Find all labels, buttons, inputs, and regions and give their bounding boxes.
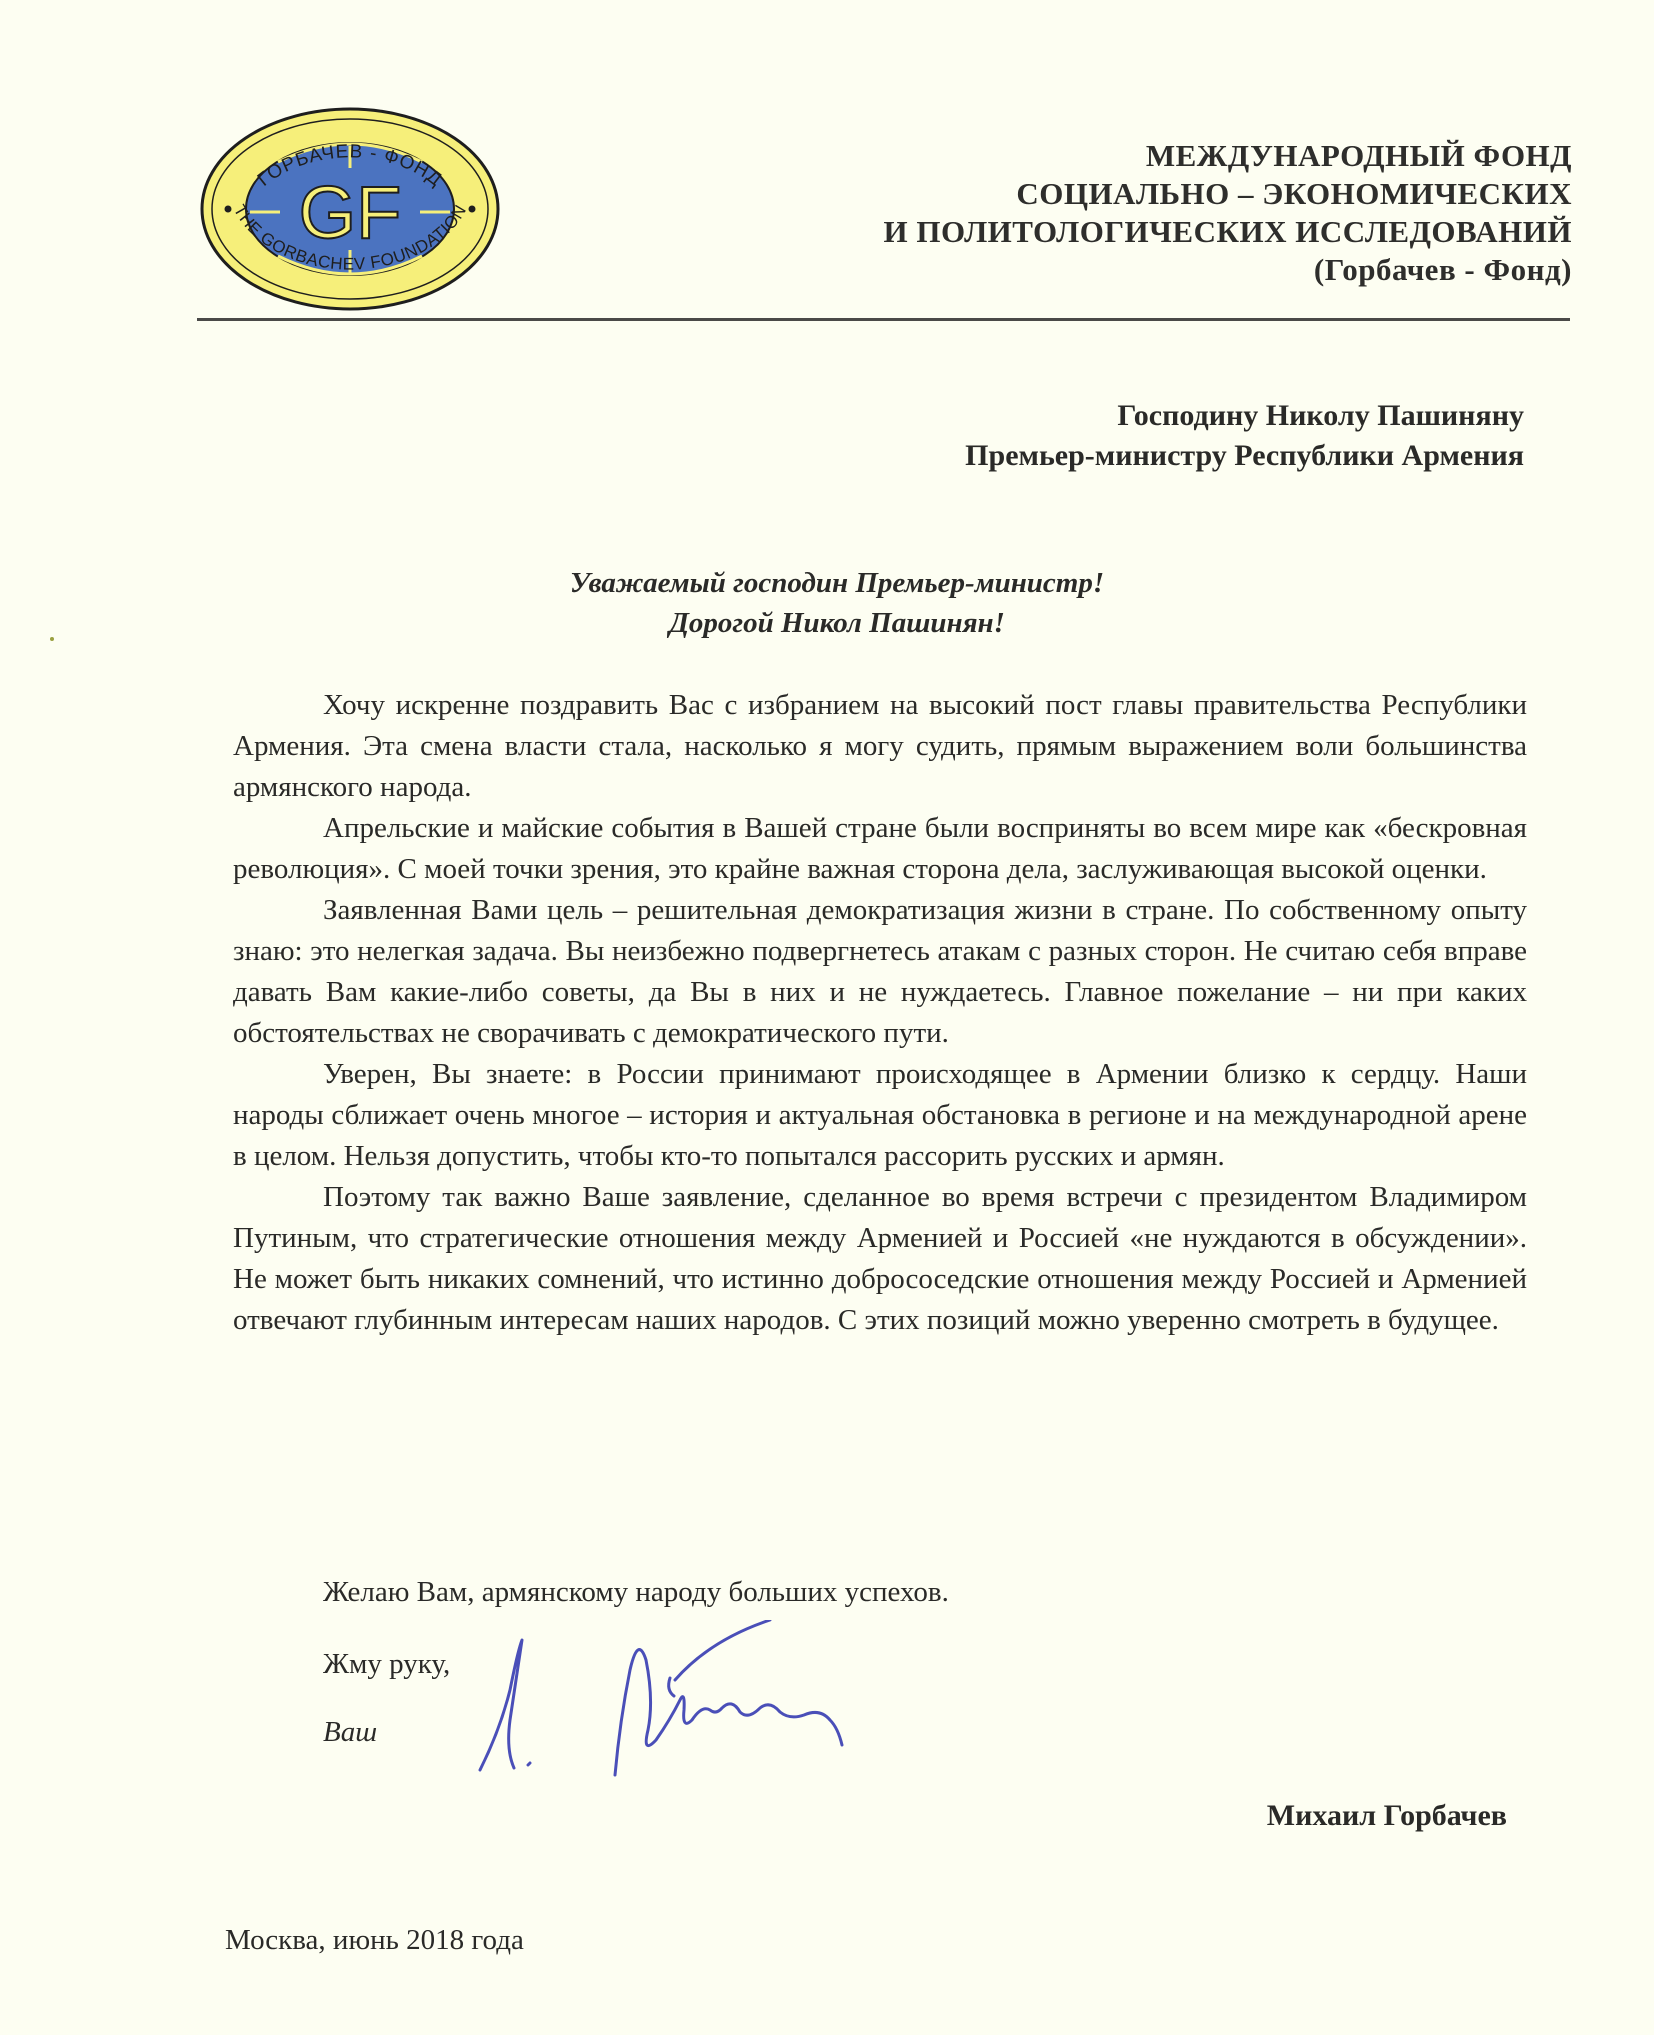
signer-name: Михаил Горбачев [1267, 1799, 1507, 1833]
yours: Ваш [323, 1716, 377, 1749]
letterhead-divider [197, 318, 1570, 321]
regards: Жму руку, [323, 1648, 450, 1681]
paragraph: Заявленная Вами цель – решительная демок… [233, 890, 1527, 1054]
org-line-1: МЕЖДУНАРОДНЫЙ ФОНД [884, 137, 1572, 175]
addressee-name: Господину Николу Пашиняну [965, 396, 1524, 436]
paragraph: Поэтому так важно Ваше заявление, сделан… [233, 1177, 1527, 1341]
closing-wish: Желаю Вам, армянскому народу больших усп… [323, 1576, 949, 1609]
org-line-2: СОЦИАЛЬНО – ЭКОНОМИЧЕСКИХ [884, 175, 1572, 213]
paragraph: Хочу искренне поздравить Вас с избранием… [233, 685, 1527, 808]
gorbachev-foundation-logo-icon: GF ГОРБАЧЕВ - ФОНД THE GORBACHEV FOUNDAT… [198, 106, 502, 312]
addressee-block: Господину Николу Пашиняну Премьер-минист… [965, 396, 1524, 476]
paragraph: Апрельские и майские события в Вашей стр… [233, 808, 1527, 890]
organization-name: МЕЖДУНАРОДНЫЙ ФОНД СОЦИАЛЬНО – ЭКОНОМИЧЕ… [884, 137, 1572, 289]
addressee-title: Премьер-министру Республики Армения [965, 436, 1524, 476]
svg-text:GF: GF [299, 171, 402, 254]
salutation: Уважаемый господин Премьер-министр! Доро… [0, 563, 1654, 643]
org-line-4: (Горбачев - Фонд) [884, 251, 1572, 289]
place-date: Москва, июнь 2018 года [225, 1924, 524, 1957]
org-line-3: И ПОЛИТОЛОГИЧЕСКИХ ИССЛЕДОВАНИЙ [884, 213, 1572, 251]
handwritten-signature-icon [470, 1620, 1090, 1790]
salutation-line-2: Дорогой Никол Пашинян! [20, 603, 1654, 643]
salutation-line-1: Уважаемый господин Премьер-министр! [20, 563, 1654, 603]
paragraph: Уверен, Вы знаете: в России принимают пр… [233, 1054, 1527, 1177]
letter-body: Хочу искренне поздравить Вас с избранием… [233, 685, 1527, 1341]
